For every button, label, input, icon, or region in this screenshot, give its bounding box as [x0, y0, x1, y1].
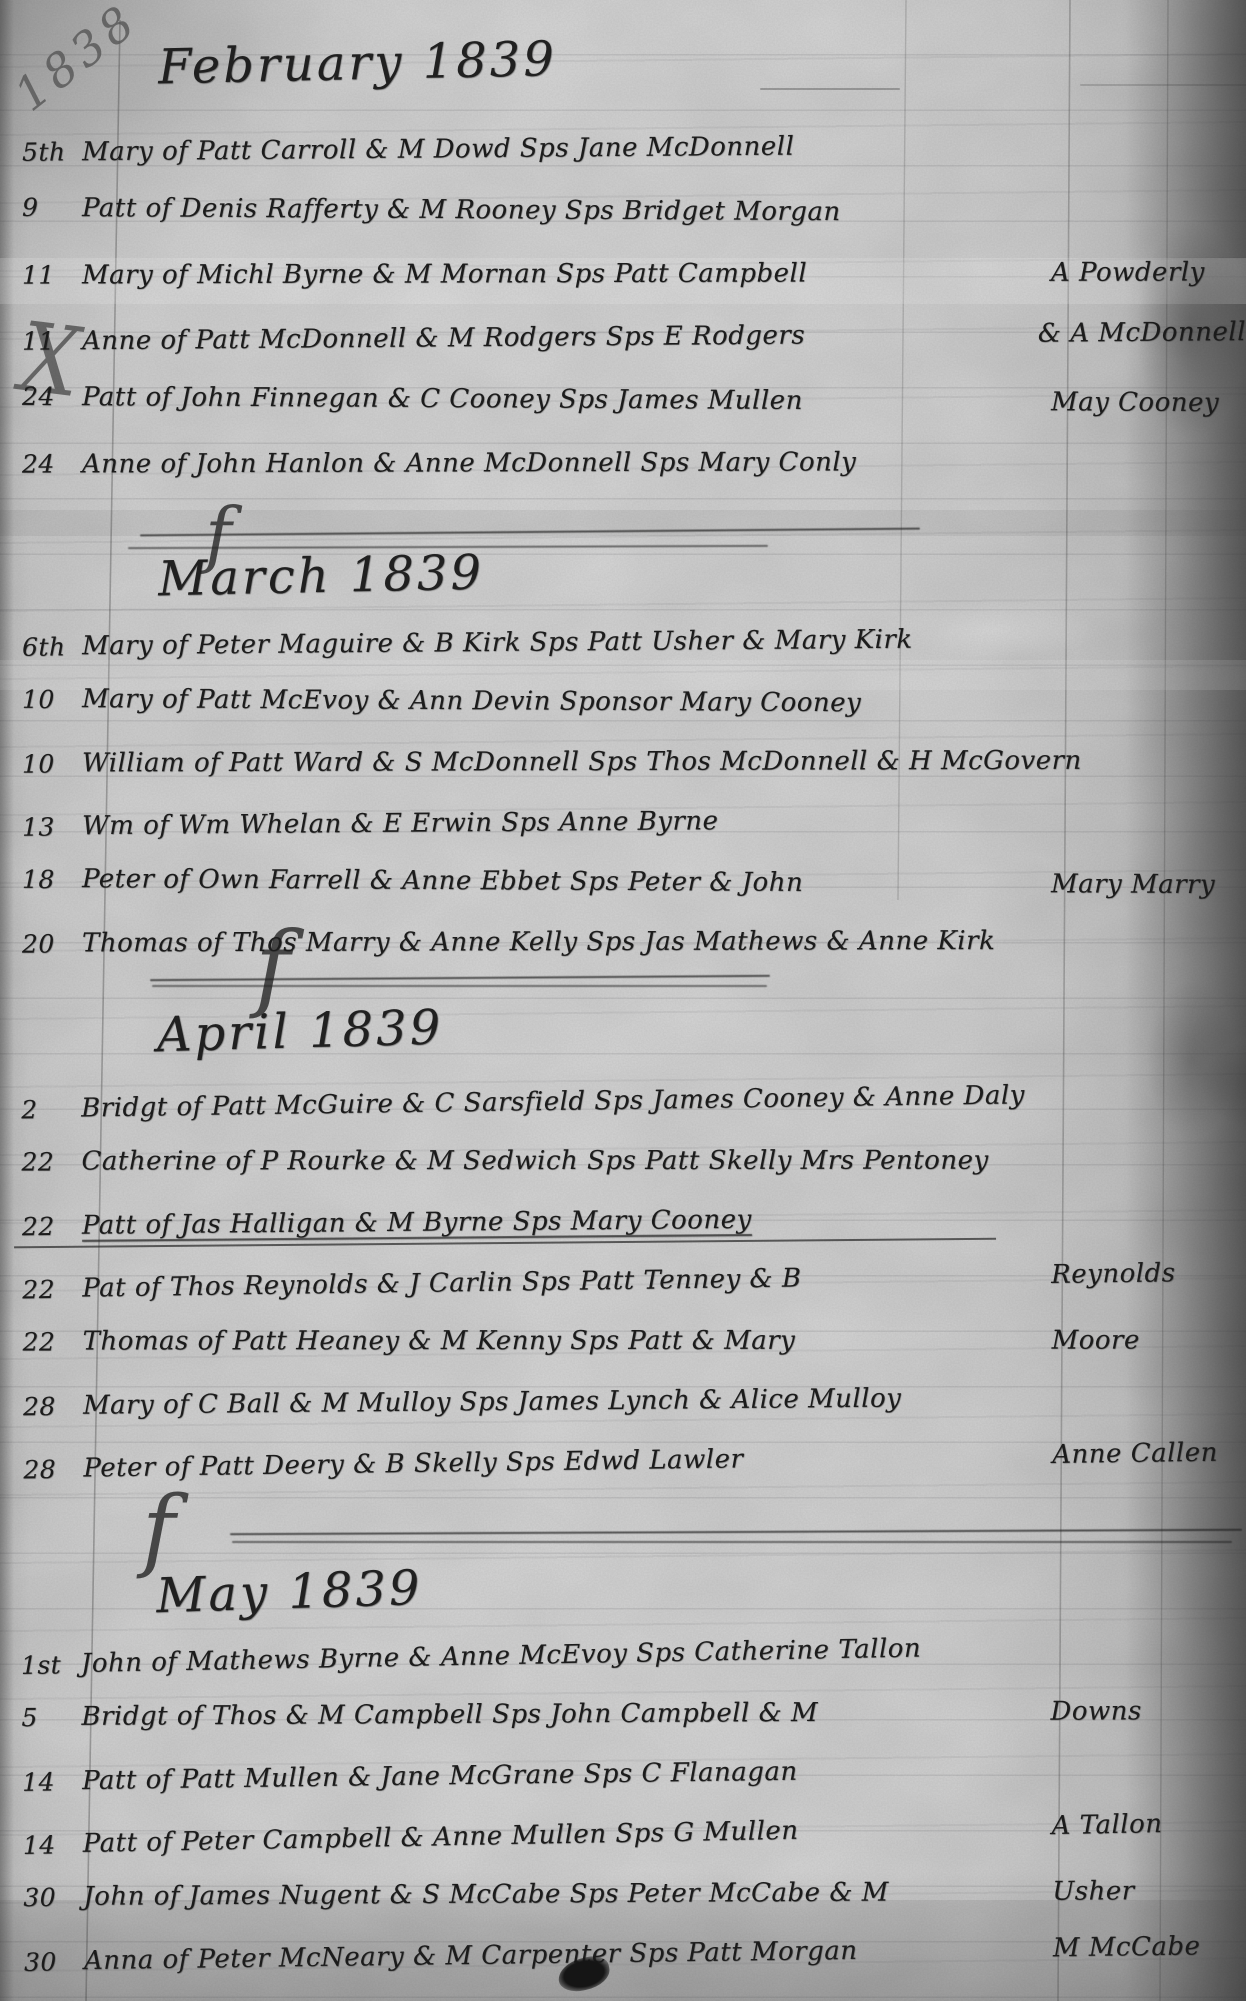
entry-day: 20: [0, 929, 82, 958]
entry-margin-name: & A McDonnell: [1034, 316, 1246, 348]
entry-day: 14: [0, 1766, 82, 1796]
entry-day: 9: [0, 192, 82, 221]
baptism-entry: 22 Catherine of P Rourke & M Sedwich Sps…: [0, 1130, 1246, 1191]
entry-day: 30: [2, 1946, 84, 1976]
entry-text: Thomas of Patt Heaney & M Kenny Sps Patt…: [83, 1325, 1048, 1356]
entry-text: Anne of Patt McDonnell & M Rodgers Sps E…: [82, 318, 1034, 355]
entry-text: Mary of C Ball & M Mulloy Sps James Lync…: [83, 1382, 1048, 1420]
section-divider-line: [140, 528, 920, 537]
entry-margin-name: M McCabe: [1049, 1930, 1246, 1963]
entry-text: Mary of Patt McEvoy & Ann Devin Sponsor …: [82, 684, 1047, 719]
entry-text: Bridgt of Thos & M Campbell Sps John Cam…: [81, 1696, 1046, 1731]
entry-margin-name: [1047, 704, 1246, 705]
entry-margin-name: Usher: [1048, 1875, 1246, 1906]
entry-list: 6th Mary of Peter Maguire & B Kirk Sps P…: [0, 612, 1246, 972]
entry-day: 14: [1, 1829, 84, 1859]
month-title: February 1839: [158, 17, 1246, 97]
entry-text: Pat of Thos Reynolds & J Carlin Sps Patt…: [82, 1260, 1047, 1303]
entry-text: Peter of Patt Deery & B Skelly Sps Edwd …: [83, 1440, 1048, 1483]
entry-margin-name: [1047, 142, 1246, 144]
baptism-entry: 24 Patt of John Finnegan & C Cooney Sps …: [0, 364, 1246, 434]
entry-margin-name: [1047, 637, 1246, 639]
baptism-entry: 11 Anne of Patt McDonnell & M Rodgers Sp…: [0, 300, 1246, 373]
month-title: March 1839: [158, 529, 1246, 609]
entry-day: 6th: [0, 631, 82, 661]
baptism-entry: 9 Patt of Denis Rafferty & M Rooney Sps …: [0, 175, 1246, 245]
entry-margin-name: A Tallon: [1047, 1807, 1246, 1841]
entry-day: 1st: [0, 1649, 81, 1679]
baptism-entry: 5th Mary of Patt Carroll & M Dowd Sps Ja…: [0, 111, 1246, 184]
entry-list: 1st John of Mathews Byrne & Anne McEvoy …: [0, 1617, 1246, 1990]
baptism-entry: 2 Bridgt of Patt McGuire & C Sarsfield S…: [0, 1062, 1245, 1139]
baptism-entry: 11 Mary of Michl Byrne & M Mornan Sps Pa…: [0, 240, 1246, 306]
entry-day: 22: [0, 1211, 82, 1241]
entry-text: Anne of John Hanlon & Anne McDonnell Sps…: [82, 446, 1047, 479]
entry-day: 11: [0, 326, 82, 356]
entry-margin-name: Reynolds: [1047, 1257, 1246, 1290]
entry-text: Catherine of P Rourke & M Sedwich Sps Pa…: [81, 1145, 1046, 1176]
entry-day: 30: [1, 1882, 83, 1911]
entry-margin-name: [1047, 1765, 1246, 1768]
entry-day: 5th: [0, 137, 82, 167]
entry-text: Mary of Peter Maguire & B Kirk Sps Patt …: [82, 623, 1047, 661]
baptism-entry: 30 John of James Nugent & S McCabe Sps P…: [1, 1860, 1246, 1927]
entry-day: 24: [0, 449, 82, 478]
entry-text: Patt of John Finnegan & C Cooney Sps Jam…: [82, 381, 1047, 416]
entry-day: 24: [0, 381, 82, 410]
entry-day: 22: [1, 1327, 83, 1356]
baptism-entry: 6th Mary of Peter Maguire & B Kirk Sps P…: [0, 607, 1246, 677]
section-divider-line: [150, 975, 770, 981]
entry-margin-name: [1082, 760, 1246, 761]
month-title: May 1839: [155, 1534, 1244, 1626]
entry-day: 5: [0, 1702, 82, 1731]
baptism-entry: 20 Thomas of Thos Marry & Anne Kelly Sps…: [0, 910, 1246, 973]
entry-text: Patt of Jas Halligan & M Byrne Sps Mary …: [82, 1202, 1047, 1240]
entry-text: Mary of Patt Carroll & M Dowd Sps Jane M…: [82, 129, 1047, 167]
entry-text: Peter of Own Farrell & Anne Ebbet Sps Pe…: [82, 864, 1047, 899]
entry-text: Bridgt of Patt McGuire & C Sarsfield Sps…: [81, 1080, 1046, 1123]
section-divider-line: [232, 1541, 1232, 1543]
entry-text: Patt of Patt Mullen & Jane McGrane Sps C…: [82, 1753, 1047, 1796]
entry-day: 13: [0, 811, 82, 841]
section-divider-line: [230, 1529, 1242, 1535]
entry-day: 28: [1, 1454, 83, 1484]
entry-text: Mary of Michl Byrne & M Mornan Sps Patt …: [82, 257, 1047, 290]
entry-text: John of Mathews Byrne & Anne McEvoy Sps …: [81, 1631, 1046, 1679]
entry-day: 10: [0, 684, 82, 713]
month-section: May 1839 1st John of Mathews Byrne & Ann…: [0, 1545, 1246, 1990]
baptism-entry: 13 Wm of Wm Whelan & E Erwin Sps Anne By…: [0, 787, 1246, 857]
entry-day: 2: [0, 1094, 81, 1124]
month-section: March 1839 6th Mary of Peter Maguire & B…: [0, 540, 1246, 972]
entry-list: 5th Mary of Patt Carroll & M Dowd Sps Ja…: [0, 106, 1246, 494]
entry-margin-name: Moore: [1048, 1325, 1246, 1355]
entry-margin-name: May Cooney: [1047, 386, 1246, 417]
entry-text: Patt of Peter Campbell & Anne Mullen Sps…: [83, 1811, 1048, 1859]
entry-day: 22: [0, 1147, 82, 1176]
entry-margin-name: [1048, 1395, 1246, 1397]
entry-margin-name: [1047, 460, 1246, 461]
month-section: April 1839 2 Bridgt of Patt McGuire & C …: [0, 989, 1246, 1494]
entry-list: 2 Bridgt of Patt McGuire & C Sarsfield S…: [0, 1067, 1246, 1495]
entry-margin-name: A Powderly: [1047, 256, 1246, 287]
baptism-entry: 10 William of Patt Ward & S McDonnell Sp…: [0, 730, 1246, 793]
month-section: February 1839 5th Mary of Patt Carroll &…: [0, 28, 1246, 494]
entry-text: Wm of Wm Whelan & E Erwin Sps Anne Byrne: [82, 803, 1047, 841]
entry-text: William of Patt Ward & S McDonnell Sps T…: [82, 745, 1082, 778]
entry-day: 11: [0, 260, 82, 289]
entry-margin-name: [1047, 1215, 1246, 1217]
entry-text: John of James Nugent & S McCabe Sps Pete…: [83, 1876, 1048, 1911]
entry-margin-name: [1047, 940, 1246, 941]
entry-day: 10: [0, 749, 82, 778]
baptism-entry: 18 Peter of Own Farrell & Anne Ebbet Sps…: [0, 848, 1246, 915]
entry-margin-name: Mary Marry: [1047, 869, 1246, 900]
entry-day: 22: [0, 1274, 82, 1304]
baptism-entry: 5 Bridgt of Thos & M Campbell Sps John C…: [0, 1680, 1246, 1747]
entry-text: Patt of Denis Rafferty & M Rooney Sps Br…: [82, 192, 1047, 227]
entry-margin-name: [1046, 1092, 1245, 1095]
entry-day: 18: [0, 864, 82, 893]
baptism-entry: 24 Anne of John Hanlon & Anne McDonnell …: [0, 429, 1246, 495]
entry-text: Thomas of Thos Marry & Anne Kelly Sps Ja…: [82, 925, 1047, 958]
register-page: 1838 X f f f February 1839 5th Mary of P…: [0, 0, 1246, 2001]
entry-day: 28: [1, 1391, 83, 1421]
entry-margin-name: [1047, 212, 1246, 213]
month-title: April 1839: [156, 978, 1245, 1065]
entry-margin-name: [1047, 817, 1246, 819]
baptism-entry: 22 Thomas of Patt Heaney & M Kenny Sps P…: [1, 1310, 1246, 1371]
entry-margin-name: Anne Callen: [1048, 1437, 1246, 1470]
baptism-entry: 10 Mary of Patt McEvoy & Ann Devin Spons…: [0, 668, 1246, 735]
section-divider-line: [152, 985, 767, 987]
entry-margin-name: Downs: [1046, 1695, 1245, 1726]
entry-margin-name: [1046, 1642, 1245, 1646]
